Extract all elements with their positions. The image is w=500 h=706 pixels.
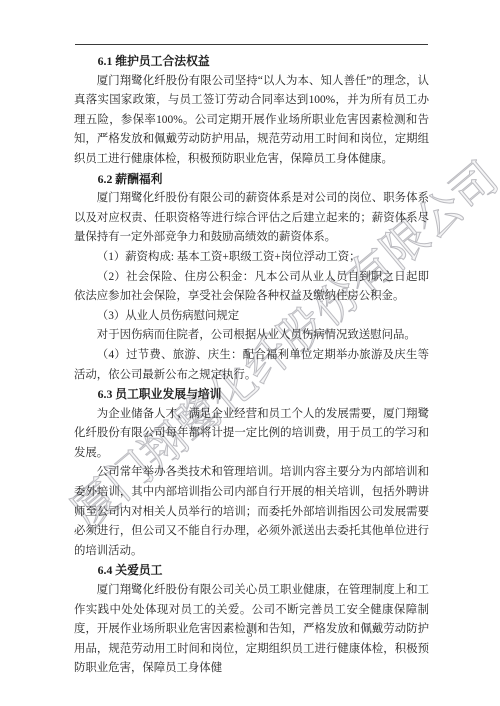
paragraph: 厦门翔鹭化纤股份有限公司坚持“以人为本、知人善任”的理念，认真落实国家政策，与员… [74,72,429,170]
section-heading-6-2: 6.2 薪酬福利 [74,170,429,190]
page-number: 5 [0,630,500,640]
document-page: 厦门翔鹭化纤股份有限公司 6.1 维护员工合法权益 厦门翔鹭化纤股份有限公司坚持… [0,0,500,706]
section-heading-6-3: 6.3 员工职业发展与培训 [74,385,429,405]
document-body: 6.1 维护员工合法权益 厦门翔鹭化纤股份有限公司坚持“以人为本、知人善任”的理… [74,52,429,679]
section-heading-6-1: 6.1 维护员工合法权益 [74,52,429,72]
paragraph: 公司常年举办各类技术和管理培训。培训内容主要分为内部培训和委外培训，其中内部培训… [74,463,429,561]
paragraph: 对于因伤病而住院者，公司根据从业人员伤病情况致送慰问品。 [74,326,429,346]
paragraph: （3）从业人员伤病慰问规定 [74,307,429,327]
paragraph: （4）过节费、旅游、庆生：配合福利单位定期举办旅游及庆生等活动，依公司最新公布之… [74,346,429,385]
paragraph: （2）社会保险、住房公积金：凡本公司从业人员自到职之日起即依法应参加社会保险，享… [74,268,429,307]
paragraph: 为企业储备人才、满足企业经营和员工个人的发展需要，厦门翔鹭化纤股份有限公司每年都… [74,405,429,464]
header-rule [75,44,428,45]
section-heading-6-4: 6.4 关爱员工 [74,561,429,581]
paragraph: 厦门翔鹭化纤股份有限公司的薪资体系是对公司的岗位、职务体系以及对应权责、任职资格… [74,189,429,248]
paragraph: （1）薪资构成: 基本工资+职级工资+岗位浮动工资； [74,248,429,268]
